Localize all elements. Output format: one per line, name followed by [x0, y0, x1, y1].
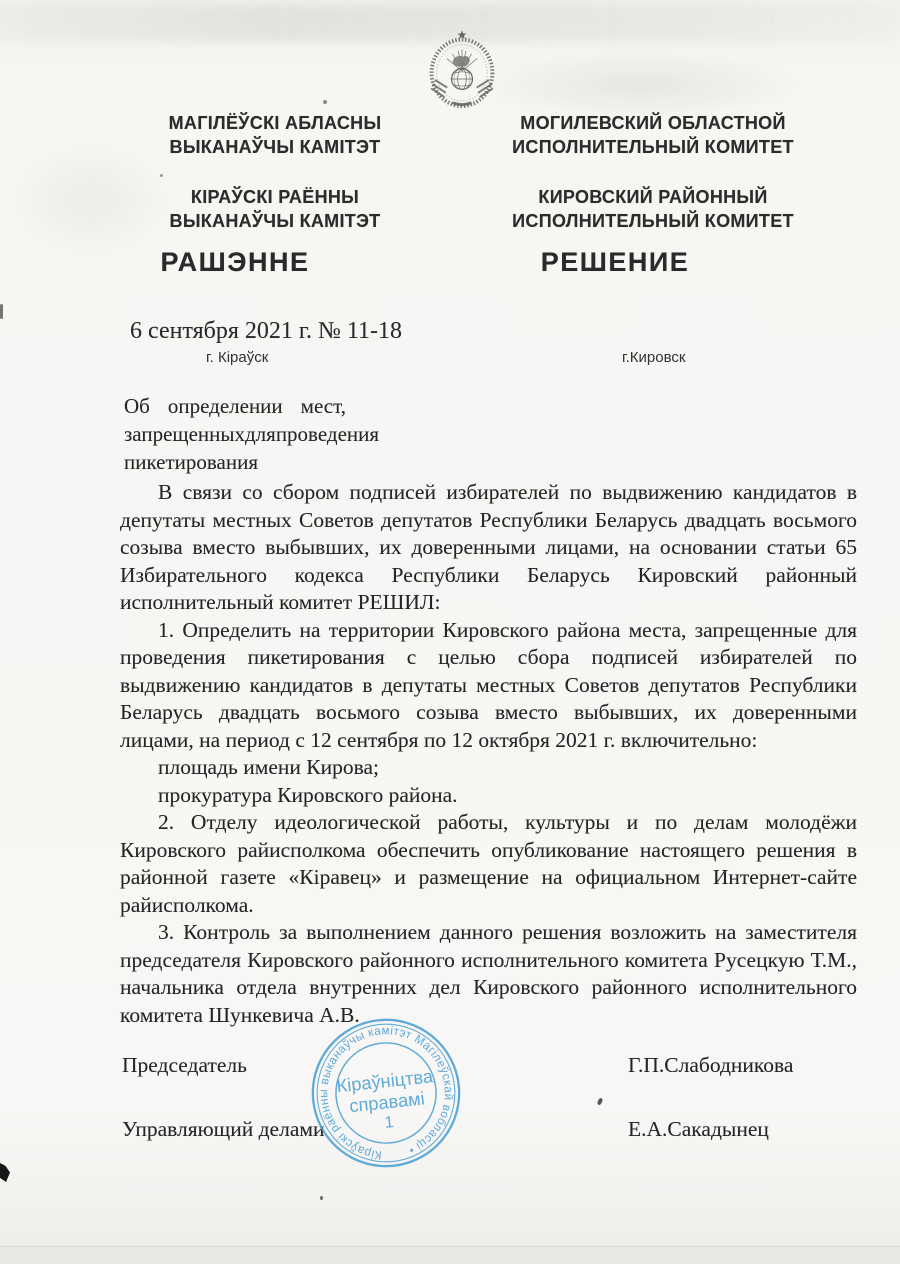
org-line: МАГІЛЁЎСКІ АБЛАСНЫ: [130, 111, 420, 135]
place-belarusian: г. Кіраўск: [206, 349, 268, 366]
header-org-russian-region: МОГИЛЕВСКИЙ ОБЛАСТНОЙ ИСПОЛНИТЕЛЬНЫЙ КОМ…: [508, 111, 798, 159]
signature-name-affairs-manager: Е.А.Сакадынец: [628, 1117, 769, 1142]
org-line: ВЫКАНАЎЧЫ КАМІТЭТ: [130, 135, 420, 159]
header-org-russian-district: КИРОВСКИЙ РАЙОННЫЙ ИСПОЛНИТЕЛЬНЫЙ КОМИТЕ…: [508, 185, 798, 233]
org-line: МОГИЛЕВСКИЙ ОБЛАСТНОЙ: [508, 111, 798, 135]
round-ink-stamp: Кіраўскі раённы выканаўчы камітэт Магіле…: [309, 1016, 463, 1170]
signature-title-chairman: Председатель: [122, 1053, 247, 1078]
signature-title-affairs-manager: Управляющий делами: [122, 1117, 325, 1142]
signature-name-chairman: Г.П.Слабодникова: [628, 1053, 793, 1078]
header-org-belarusian-district: КІРАЎСКІ РАЁННЫ ВЫКАНАЎЧЫ КАМІТЭТ: [130, 185, 420, 233]
stamp-center-number: 1: [384, 1113, 395, 1132]
org-line: ВЫКАНАЎЧЫ КАМІТЭТ: [130, 209, 420, 233]
item-1-sub-2: прокуратура Кировского района.: [120, 782, 857, 810]
paragraph-item-3: 3. Контроль за выполнением данного решен…: [120, 919, 857, 1029]
scan-speck: [320, 1196, 323, 1200]
doc-type-belarusian: РАШЭННЕ: [130, 247, 340, 278]
scan-edge-band-bottom: [0, 1246, 900, 1264]
scan-speck: [597, 1097, 604, 1105]
scan-smudge-header: [470, 50, 810, 120]
org-line: ИСПОЛНИТЕЛЬНЫЙ КОМИТЕТ: [508, 209, 798, 233]
org-line: КИРОВСКИЙ РАЙОННЫЙ: [508, 185, 798, 209]
paragraph-item-2: 2. Отделу идеологической работы, культур…: [120, 809, 857, 919]
doc-type-russian: РЕШЕНИЕ: [520, 247, 710, 278]
org-line: КІРАЎСКІ РАЁННЫ: [130, 185, 420, 209]
scan-speck: [160, 174, 163, 177]
place-russian: г.Кировск: [622, 349, 685, 366]
scan-tick-left-edge: [0, 304, 3, 319]
header-org-belarusian-region: МАГІЛЁЎСКІ АБЛАСНЫ ВЫКАНАЎЧЫ КАМІТЭТ: [130, 111, 420, 159]
body-text: В связи со сбором подписей избирателей п…: [120, 479, 857, 1029]
paragraph-intro: В связи со сбором подписей избирателей п…: [120, 479, 857, 617]
subject-line: Обопределениимест,: [124, 392, 346, 420]
scanned-decision-document: МАГІЛЁЎСКІ АБЛАСНЫ ВЫКАНАЎЧЫ КАМІТЭТ КІР…: [0, 0, 900, 1264]
scan-speck: [323, 100, 327, 104]
belarus-emblem-icon: [424, 28, 500, 110]
item-1-sub-1: площадь имени Кирова;: [120, 754, 857, 782]
scan-ink-mark-left-edge: [0, 1163, 10, 1182]
subject-line: запрещенныхдляпроведения: [124, 420, 346, 448]
subject-block: Обопределениимест, запрещенныхдляпроведе…: [124, 392, 346, 476]
org-line: ИСПОЛНИТЕЛЬНЫЙ КОМИТЕТ: [508, 135, 798, 159]
date-number-line: 6 сентября 2021 г. № 11-18: [130, 318, 402, 345]
subject-line: пикетирования: [124, 448, 346, 476]
paragraph-item-1: 1. Определить на территории Кировского р…: [120, 617, 857, 755]
